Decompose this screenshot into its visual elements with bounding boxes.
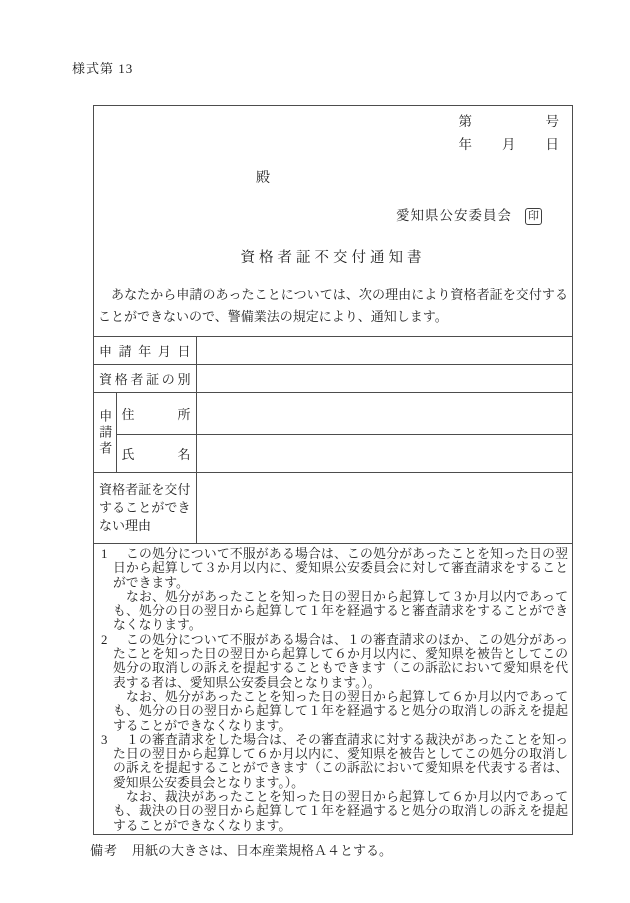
document-page: 様式第 13 第 号 年 月 日 殿 愛知県公安委員会印 資格者証不交付通知書 … <box>0 0 630 860</box>
name-value <box>196 435 572 473</box>
table-row: 申請者 住所 <box>94 393 572 435</box>
name-label: 氏名 <box>116 435 196 473</box>
table-row: 申請年月日 <box>94 337 572 365</box>
application-date-value <box>196 337 572 365</box>
cert-type-value <box>196 365 572 393</box>
address-label: 住所 <box>116 393 196 435</box>
remarks-line: 備考用紙の大きさは、日本産業規格Ａ４とする。 <box>90 842 630 860</box>
note-item-1: 1 この処分について不服がある場合は、この処分があったことを知った日の翌日から起… <box>100 547 568 633</box>
applicant-group-label: 申請者 <box>94 393 116 473</box>
issuer-name: 愛知県公安委員会 <box>396 208 512 223</box>
note-item-2: 2 この処分について不服がある場合は、１の審査請求のほか、この処分があったことを… <box>100 633 568 733</box>
appeal-notes: 1 この処分について不服がある場合は、この処分があったことを知った日の翌日から起… <box>94 544 572 834</box>
remarks-text: 用紙の大きさは、日本産業規格Ａ４とする。 <box>132 843 392 858</box>
note-supplement: なお、処分があったことを知った日の翌日から起算して６か月以内であっても、処分の日… <box>100 690 568 733</box>
note-number: 1 <box>101 547 107 561</box>
document-number-line: 第 号 <box>94 112 572 131</box>
note-supplement: なお、処分があったことを知った日の翌日から起算して３か月以内であっても、処分の日… <box>100 590 568 633</box>
form-number-label: 様式第 13 <box>72 58 630 77</box>
refusal-reason-label: 資格者証を交付することができない理由 <box>94 473 196 544</box>
notification-box: 第 号 年 月 日 殿 愛知県公安委員会印 資格者証不交付通知書 あなたから申請… <box>93 105 573 835</box>
note-number: 3 <box>101 733 107 747</box>
remarks-label: 備考 <box>90 843 118 858</box>
note-item-3: 3 １の審査請求をした場合は、その審査請求に対する裁決があったことを知った日の翌… <box>100 733 568 833</box>
document-date-line: 年 月 日 <box>94 135 572 154</box>
note-supplement: なお、裁決があったことを知った日の翌日から起算して６か月以内であっても、裁決の日… <box>100 790 568 833</box>
address-value <box>196 393 572 435</box>
note-number: 2 <box>101 633 107 647</box>
intro-paragraph: あなたから申請のあったことについては、次の理由により資格者証を交付することができ… <box>94 284 572 327</box>
table-row: 氏名 <box>94 435 572 473</box>
table-row: 資格者証の別 <box>94 365 572 393</box>
recipient-line: 殿 <box>94 170 572 188</box>
issuer-line: 愛知県公安委員会印 <box>94 207 572 225</box>
refusal-reason-value <box>196 473 572 544</box>
recipient-honorific: 殿 <box>256 171 270 186</box>
note-body: １の審査請求をした場合は、その審査請求に対する裁決があったことを知った日の翌日か… <box>100 733 568 790</box>
table-row: 資格者証を交付することができない理由 <box>94 473 572 544</box>
seal-mark: 印 <box>525 208 542 225</box>
application-date-label: 申請年月日 <box>94 337 196 365</box>
document-title: 資格者証不交付通知書 <box>94 248 572 268</box>
note-body: この処分について不服がある場合は、この処分があったことを知った日の翌日から起算し… <box>100 547 568 590</box>
note-body: この処分について不服がある場合は、１の審査請求のほか、この処分があったことを知っ… <box>100 633 568 690</box>
cert-type-label: 資格者証の別 <box>94 365 196 393</box>
form-table: 申請年月日 資格者証の別 申請者 住所 氏名 資格者証を交付することができない理… <box>94 336 572 544</box>
